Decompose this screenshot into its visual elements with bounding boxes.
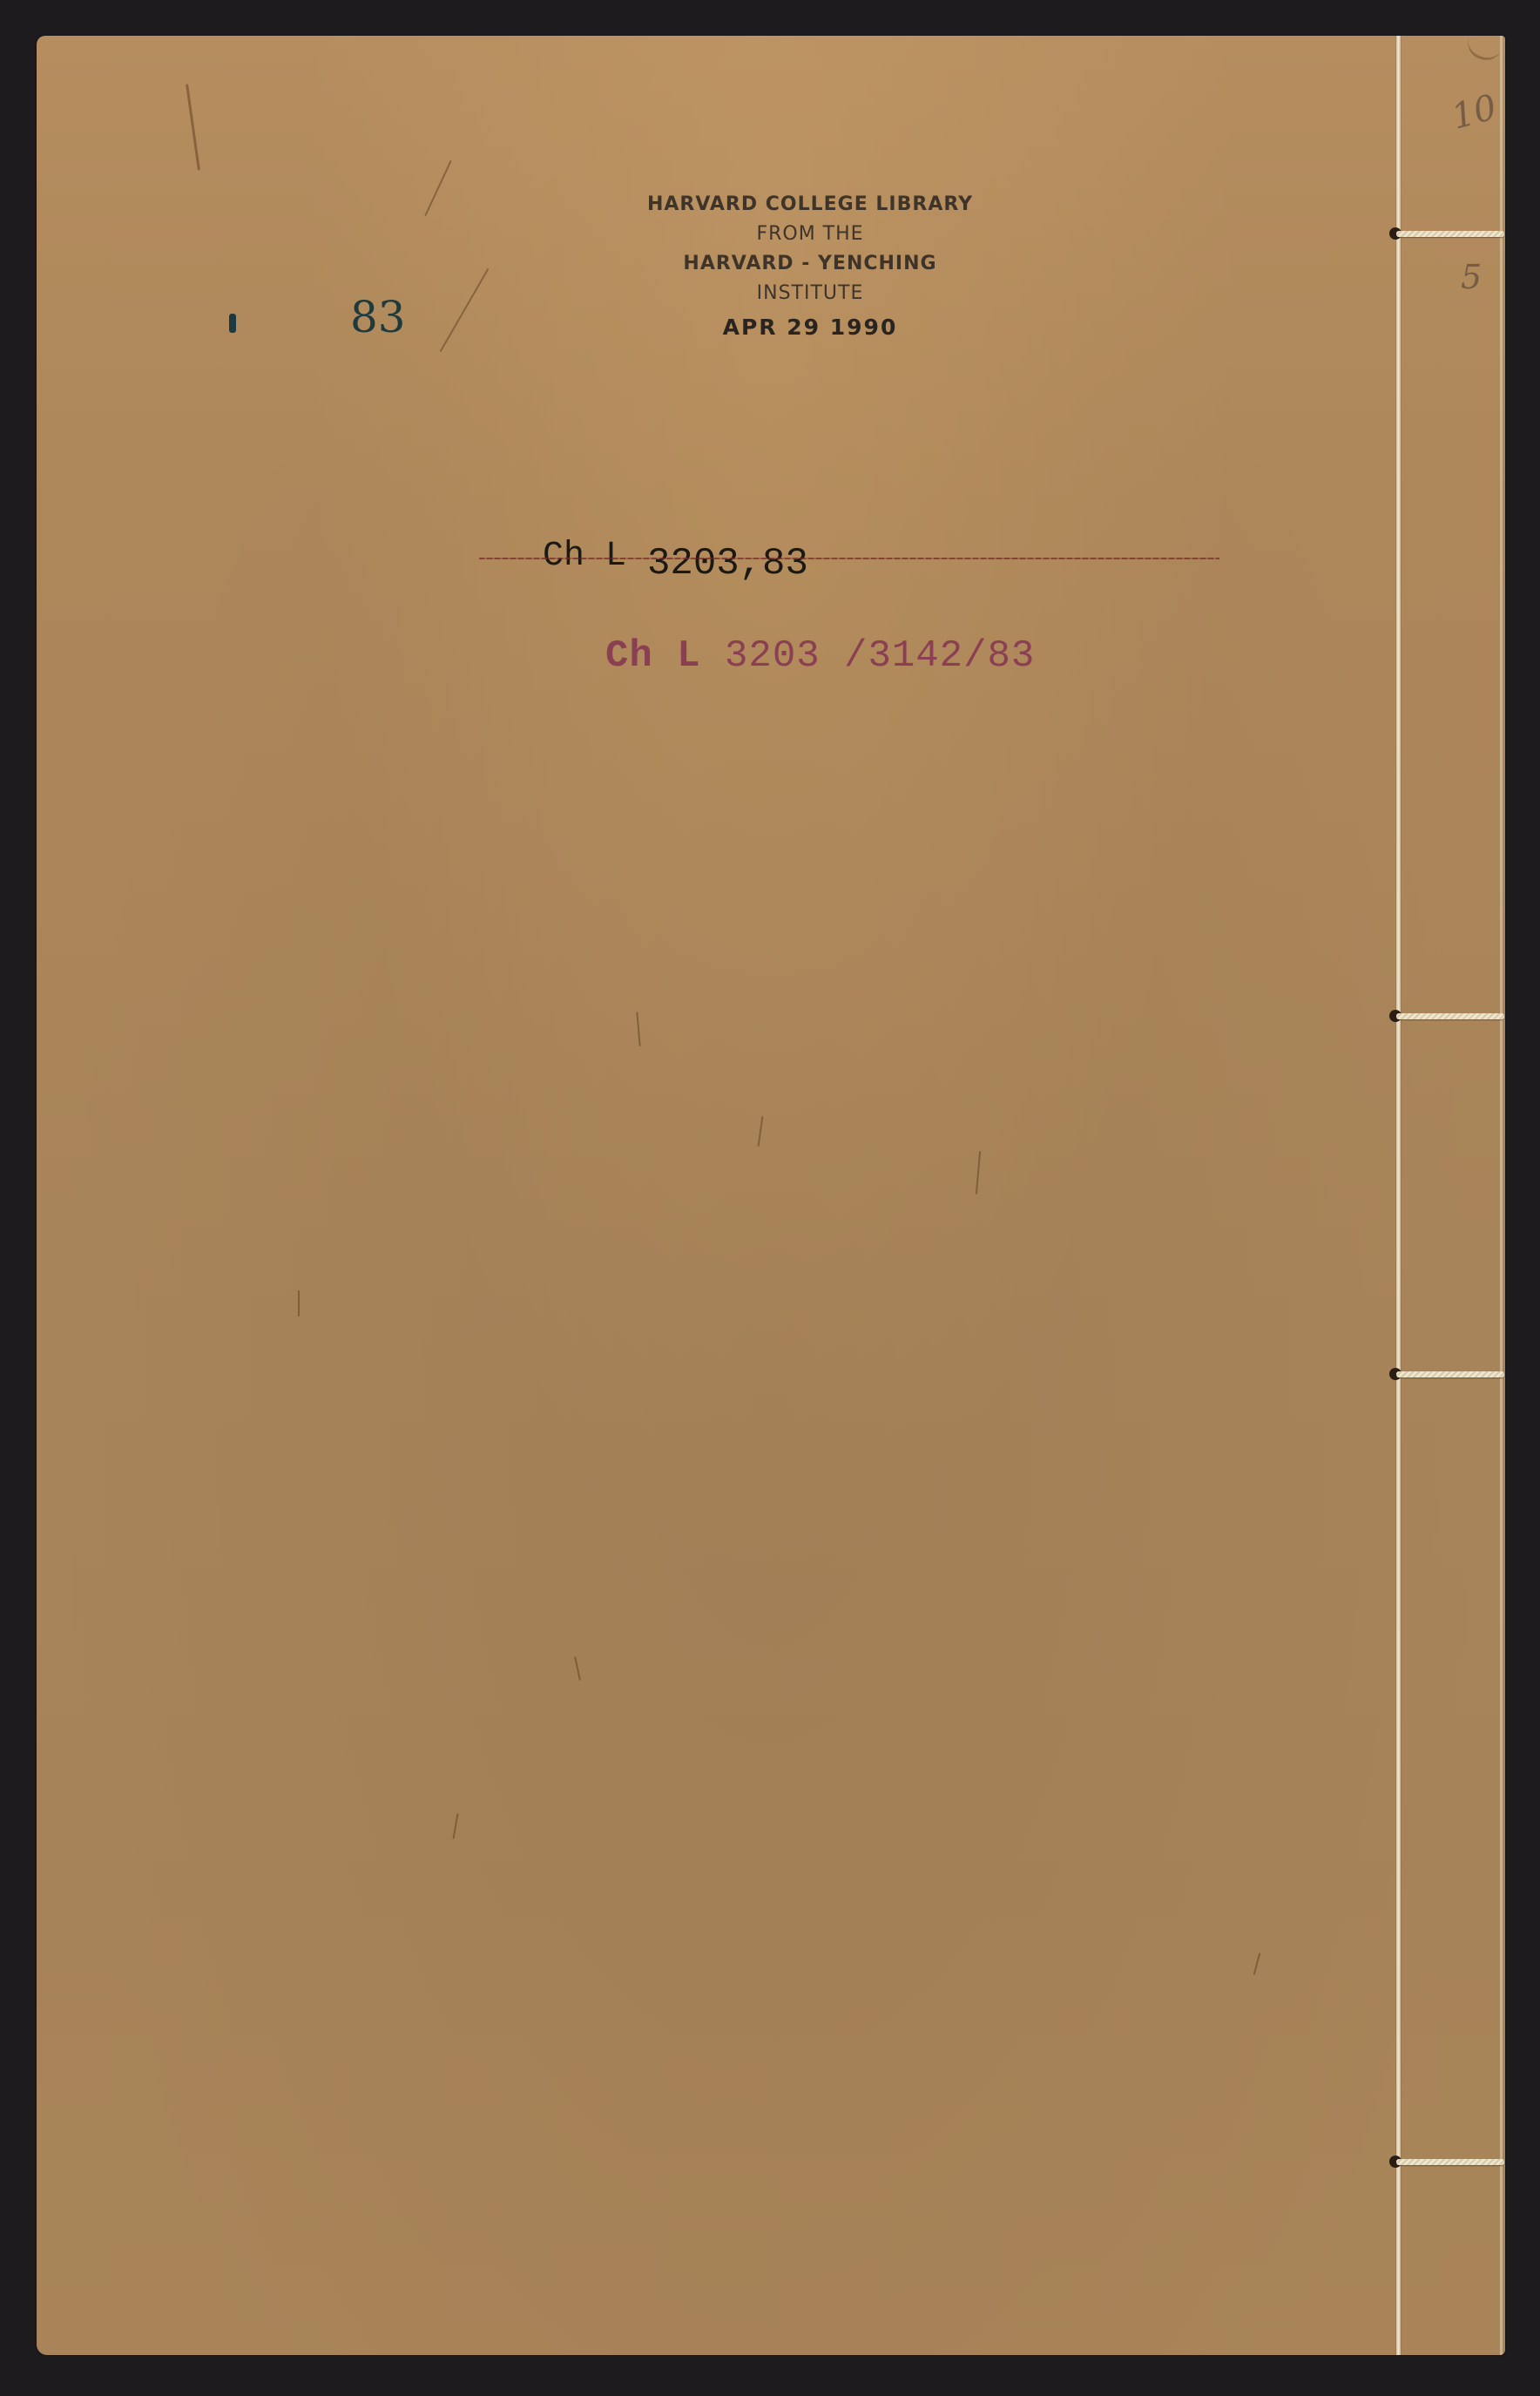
call-number-new-number: 3203 /3142/83 bbox=[725, 634, 1035, 678]
paper-fiber bbox=[976, 1151, 981, 1195]
pencil-mark-top: 10 bbox=[1448, 87, 1501, 138]
stamp-date: APR 29 1990 bbox=[610, 308, 1010, 347]
paper-fiber bbox=[574, 1656, 581, 1681]
stamp-line-3: HARVARD - YENCHING bbox=[610, 249, 1010, 279]
spine-edge bbox=[1500, 36, 1503, 2355]
binding-thread-vertical bbox=[1396, 36, 1401, 2355]
paper-fiber bbox=[758, 1116, 764, 1147]
shelf-number: 83 bbox=[350, 292, 406, 342]
paper-fiber bbox=[186, 84, 200, 170]
stamp-line-2: FROM THE bbox=[610, 220, 1010, 249]
binding-stitch bbox=[1396, 231, 1504, 237]
binding-stitch bbox=[1396, 1371, 1504, 1377]
paper-fiber bbox=[452, 1813, 458, 1839]
binding-stitch bbox=[1396, 2159, 1504, 2165]
paper-fiber bbox=[424, 160, 451, 216]
paper-fiber bbox=[440, 268, 490, 352]
ink-mark bbox=[229, 314, 236, 333]
paper-fiber bbox=[1253, 1953, 1261, 1975]
corner-crease bbox=[1463, 37, 1502, 65]
book-cover: 10 5 bbox=[37, 36, 1505, 2355]
paper-fiber bbox=[298, 1290, 300, 1316]
binding-stitch bbox=[1396, 1013, 1504, 1019]
call-number-new: Ch L 3203 /3142/83 bbox=[605, 634, 1035, 678]
call-number-old-prefix: Ch L bbox=[543, 537, 626, 576]
call-number-old: Ch L 3203,83 bbox=[543, 533, 808, 577]
library-acquisition-stamp: HARVARD COLLEGE LIBRARY FROM THE HARVARD… bbox=[610, 190, 1010, 347]
paper-fiber bbox=[636, 1012, 640, 1046]
call-number-old-number: 3203,83 bbox=[647, 542, 808, 585]
call-number-new-prefix: Ch L bbox=[605, 634, 701, 678]
stamp-line-1: HARVARD COLLEGE LIBRARY bbox=[610, 190, 1010, 220]
pencil-mark-lower: 5 bbox=[1461, 258, 1482, 296]
stamp-line-4: INSTITUTE bbox=[610, 279, 1010, 308]
strikethrough-line bbox=[479, 558, 1219, 559]
